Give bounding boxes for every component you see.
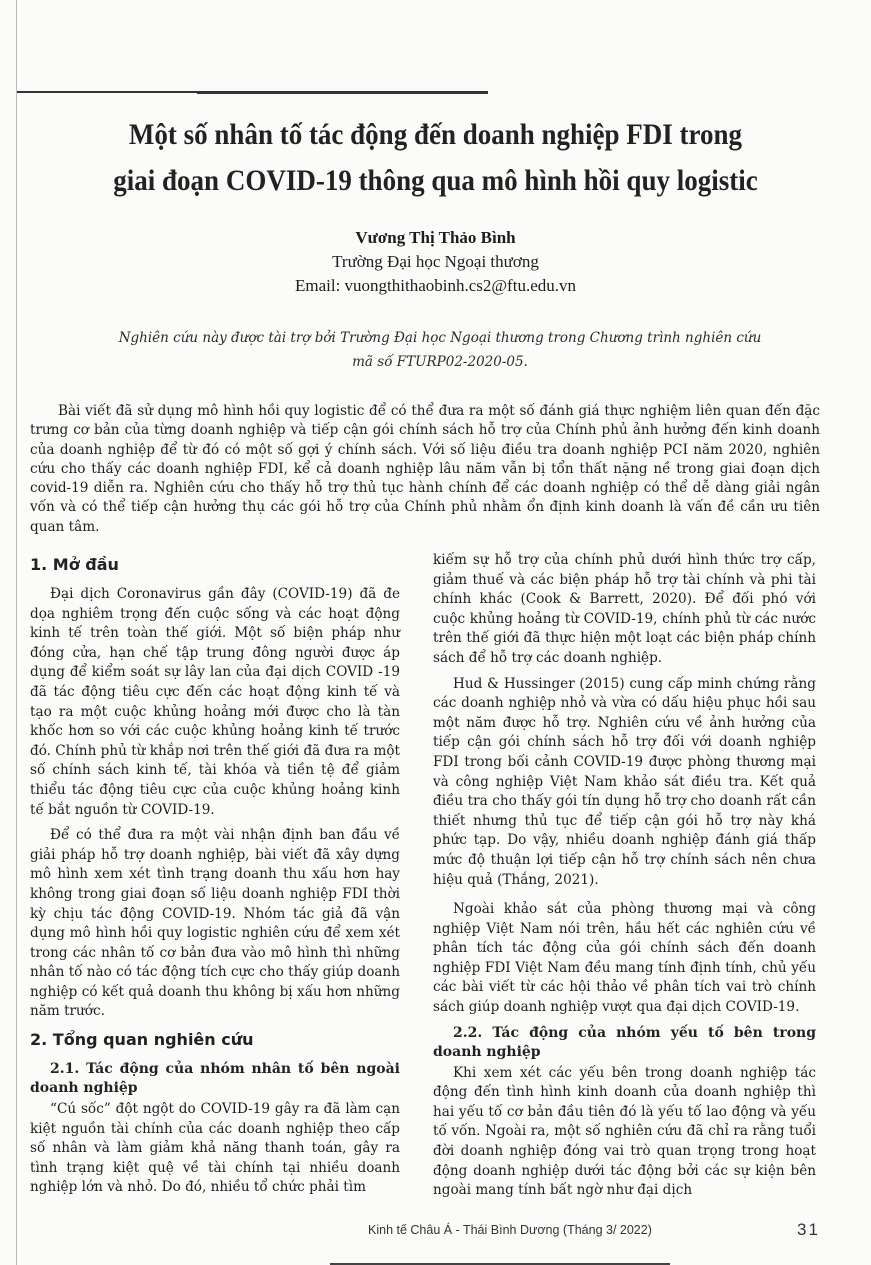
header-rule — [17, 91, 488, 93]
subsection-2-2-heading: 2.2. Tác động của nhóm yếu tố bên trong … — [433, 1024, 816, 1062]
author-email: Email: vuongthithaobinh.cs2@ftu.edu.vn — [0, 274, 871, 298]
journal-name: Kinh tế Châu Á - Thái Bình Dương (Tháng … — [368, 1223, 652, 1237]
author-affiliation: Trường Đại học Ngoại thương — [0, 250, 871, 274]
abstract: Bài viết đã sử dụng mô hình hồi quy logi… — [30, 402, 820, 537]
author-name: Vương Thị Thảo Bình — [0, 226, 871, 250]
subsection-2-1-paragraph: “Cú sốc” đột ngột do COVID-19 gây ra đã … — [30, 1100, 400, 1198]
subsection-2-2-paragraph: Khi xem xét các yếu bên trong doanh nghi… — [433, 1064, 816, 1201]
author-block: Vương Thị Thảo Bình Trường Đại học Ngoại… — [0, 226, 871, 298]
section-1-paragraph-2: Để có thể đưa ra một vài nhận định ban đ… — [30, 826, 400, 1022]
left-column: 1. Mở đầu Đại dịch Coronavirus gần đây (… — [30, 555, 400, 1204]
page-footer: Kinh tế Châu Á - Thái Bình Dương (Tháng … — [0, 1221, 871, 1241]
right-column: kiếm sự hỗ trợ của chính phủ dưới hình t… — [433, 551, 816, 1207]
funding-line-2: mã số FTURP02-2020-05. — [40, 350, 840, 374]
title-line-2: giai đoạn COVID-19 thông qua mô hình hồi… — [44, 158, 828, 204]
section-1-heading: 1. Mở đầu — [30, 555, 400, 575]
section-2-heading: 2. Tổng quan nghiên cứu — [30, 1030, 400, 1050]
title-line-1: Một số nhân tố tác động đến doanh nghiệp… — [44, 112, 828, 158]
article-title: Một số nhân tố tác động đến doanh nghiệp… — [0, 112, 871, 204]
page-number: 31 — [797, 1220, 820, 1240]
funding-note: Nghiên cứu này được tài trợ bởi Trường Đ… — [40, 326, 840, 374]
funding-line-1: Nghiên cứu này được tài trợ bởi Trường Đ… — [40, 326, 840, 350]
right-paragraph-3: Ngoài khảo sát của phòng thương mại và c… — [433, 900, 816, 1018]
right-paragraph-2: Hud & Hussinger (2015) cung cấp minh chứ… — [433, 675, 816, 891]
subsection-2-1-heading: 2.1. Tác động của nhóm nhân tố bên ngoài… — [30, 1060, 400, 1098]
section-1-paragraph-1: Đại dịch Coronavirus gần đây (COVID-19) … — [30, 585, 400, 820]
right-paragraph-continued: kiếm sự hỗ trợ của chính phủ dưới hình t… — [433, 551, 816, 669]
